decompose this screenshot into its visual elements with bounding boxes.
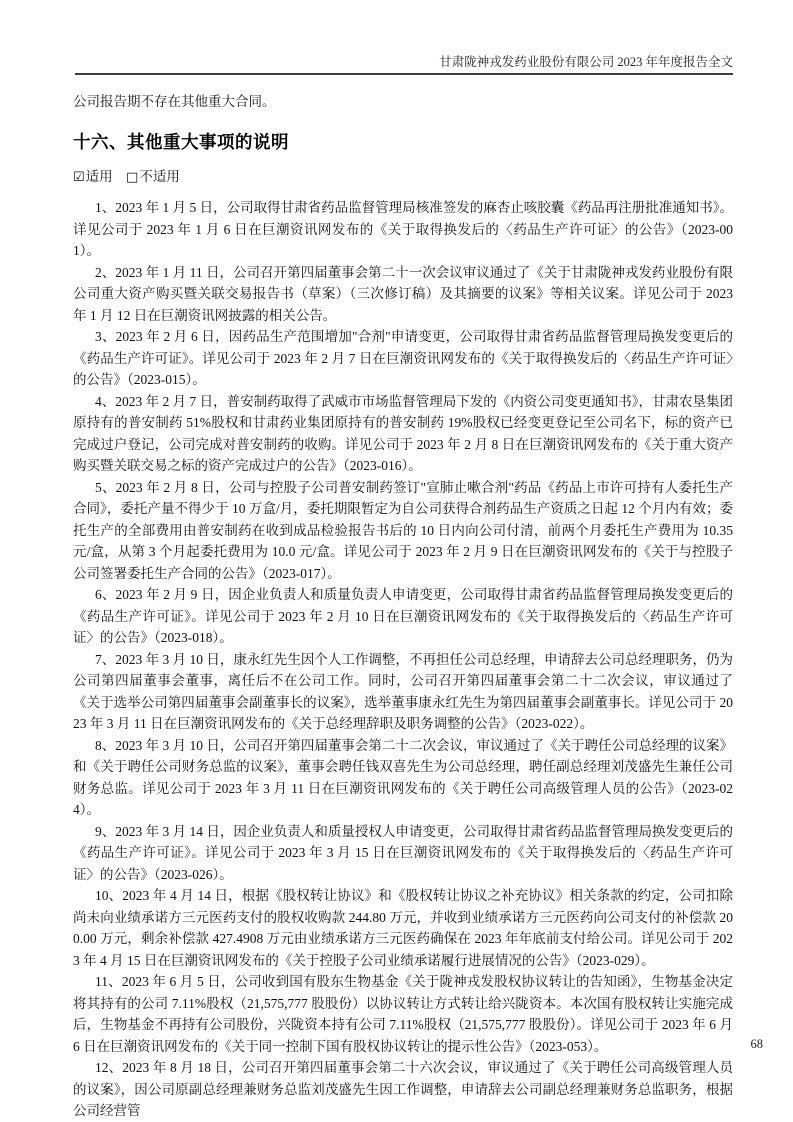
item-paragraph: 7、2023 年 3 月 10 日，康永红先生因个人工作调整，不再担任公司总经理… xyxy=(73,649,733,735)
item-paragraph: 2、2023 年 1 月 11 日，公司召开第四届董事会第二十一次会议审议通过了… xyxy=(73,262,733,327)
intro-paragraph: 公司报告期不存在其他重大合同。 xyxy=(73,93,733,110)
report-page: 甘肃陇神戎发药业股份有限公司 2023 年年度报告全文 公司报告期不存在其他重大… xyxy=(0,0,793,1122)
checkbox-checked-icon: ☑ xyxy=(73,170,85,185)
items-list: 1、2023 年 1 月 5 日，公司取得甘肃省药品监督管理局核准签发的麻杏止咳… xyxy=(73,197,733,1122)
section-heading: 十六、其他重大事项的说明 xyxy=(73,131,733,154)
page-content: 公司报告期不存在其他重大合同。 十六、其他重大事项的说明 ☑适用 □不适用 1、… xyxy=(73,93,733,1122)
item-paragraph: 1、2023 年 1 月 5 日，公司取得甘肃省药品监督管理局核准签发的麻杏止咳… xyxy=(73,197,733,262)
item-paragraph: 9、2023 年 3 月 14 日，因企业负责人和质量授权人申请变更，公司取得甘… xyxy=(73,821,733,886)
item-paragraph: 11、2023 年 6 月 5 日，公司收到国有股东生物基金《关于陇神戎发股权协… xyxy=(73,971,733,1057)
not-applicable-label: 不适用 xyxy=(139,169,180,184)
report-header-title: 甘肃陇神戎发药业股份有限公司 2023 年年度报告全文 xyxy=(439,55,733,69)
item-paragraph: 6、2023 年 2 月 9 日，因企业负责人和质量负责人申请变更，公司取得甘肃… xyxy=(73,584,733,649)
page-number: 68 xyxy=(751,1037,764,1051)
page-footer: 68 xyxy=(751,1037,764,1052)
checkbox-unchecked-icon: □ xyxy=(126,170,138,185)
not-applicable-option[interactable]: □不适用 xyxy=(126,168,180,186)
item-paragraph: 8、2023 年 3 月 10 日，公司召开第四届董事会第二十二次会议，审议通过… xyxy=(73,735,733,821)
item-paragraph: 10、2023 年 4 月 14 日，根据《股权转让协议》和《股权转让协议之补充… xyxy=(73,885,733,971)
item-paragraph: 3、2023 年 2 月 6 日，因药品生产范围增加"合剂"申请变更，公司取得甘… xyxy=(73,326,733,391)
applicability-row: ☑适用 □不适用 xyxy=(73,168,733,186)
applicable-option[interactable]: ☑适用 xyxy=(73,168,113,186)
item-paragraph: 4、2023 年 2 月 7 日，普安制药取得了武威市市场监督管理局下发的《内资… xyxy=(73,391,733,477)
item-paragraph: 5、2023 年 2 月 8 日，公司与控股子公司普安制药签订"宣肺止嗽合剂"药… xyxy=(73,477,733,585)
applicable-label: 适用 xyxy=(86,169,113,184)
page-header: 甘肃陇神戎发药业股份有限公司 2023 年年度报告全文 xyxy=(75,0,733,75)
item-paragraph: 12、2023 年 8 月 18 日，公司召开第四届董事会第二十六次会议，审议通… xyxy=(73,1057,733,1122)
